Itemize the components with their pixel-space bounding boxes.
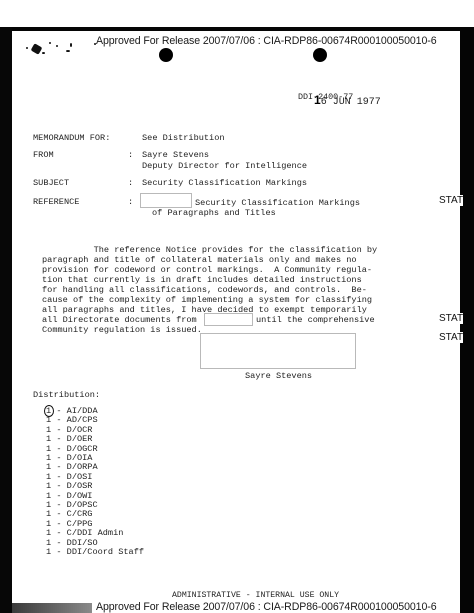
distribution-title: Distribution: <box>33 390 100 400</box>
scan-border-bottom-left <box>12 603 92 613</box>
scan-artifact <box>26 47 28 49</box>
document-number: DDI-2400-77 <box>298 92 353 102</box>
redacted-box-reference <box>140 193 192 208</box>
body-line-6: cause of the complexity of implementing … <box>42 295 372 305</box>
reference-label: REFERENCE <box>33 197 79 207</box>
classification-footer: ADMINISTRATIVE - INTERNAL USE ONLY <box>172 591 339 600</box>
distribution-list: 1 - AI/DDA 1 - AD/CPS 1 - D/OCR 1 - D/OE… <box>46 406 246 586</box>
scan-artifact <box>49 42 51 44</box>
from-name: Sayre Stevens <box>142 150 209 160</box>
signature-name: Sayre Stevens <box>245 371 312 381</box>
redacted-signature-box <box>200 333 356 369</box>
scan-artifact <box>66 50 70 52</box>
body-line-8: all Directorate documents from <box>42 315 197 325</box>
body-line-3: provision for codeword or control markin… <box>42 265 372 275</box>
punch-hole-right <box>313 48 327 62</box>
body-line-4: tion that currently is in draft includes… <box>42 275 362 285</box>
subject-label: SUBJECT <box>33 178 69 188</box>
body-line-1: The reference Notice provides for the cl… <box>42 245 377 255</box>
scan-artifact <box>42 52 45 54</box>
memorandum-for-label: MEMORANDUM FOR: <box>33 133 110 143</box>
subject-value: Security Classification Markings <box>142 178 307 188</box>
scan-artifact <box>31 43 43 54</box>
body-line-2: paragraph and title of collateral materi… <box>42 255 357 265</box>
stat-label: STAT <box>439 313 463 324</box>
distribution-count: 1 <box>46 547 51 557</box>
punch-hole-left <box>159 48 173 62</box>
subject-colon: : <box>128 178 133 188</box>
document-page: Approved For Release 2007/07/06 : CIA-RD… <box>12 31 460 613</box>
from-colon: : <box>128 150 133 160</box>
from-title: Deputy Director for Intelligence <box>142 161 307 171</box>
scan-border-left <box>0 27 12 613</box>
distribution-item: 1 - DDI/Coord Staff <box>46 547 144 557</box>
reference-line-1: Security Classification Markings <box>195 198 360 208</box>
from-label: FROM <box>33 150 54 160</box>
scan-artifact <box>56 45 58 47</box>
body-line-9: Community regulation is issued. <box>42 325 202 335</box>
body-line-8-tail: until the comprehensive <box>256 315 375 325</box>
stat-label: STAT <box>439 332 463 343</box>
distribution-recipient: DDI/Coord Staff <box>67 547 144 557</box>
release-stamp-bottom: Approved For Release 2007/07/06 : CIA-RD… <box>96 601 436 613</box>
body-line-5: for handling all classifications, codewo… <box>42 285 367 295</box>
reference-line-2: of Paragraphs and Titles <box>152 208 276 218</box>
stat-label: STAT <box>439 195 463 206</box>
release-stamp-top: Approved For Release 2007/07/06 : CIA-RD… <box>96 35 436 47</box>
memorandum-for-value: See Distribution <box>142 133 225 143</box>
reference-colon: : <box>128 197 133 207</box>
scan-artifact <box>70 43 72 47</box>
redacted-box-body <box>204 313 253 326</box>
